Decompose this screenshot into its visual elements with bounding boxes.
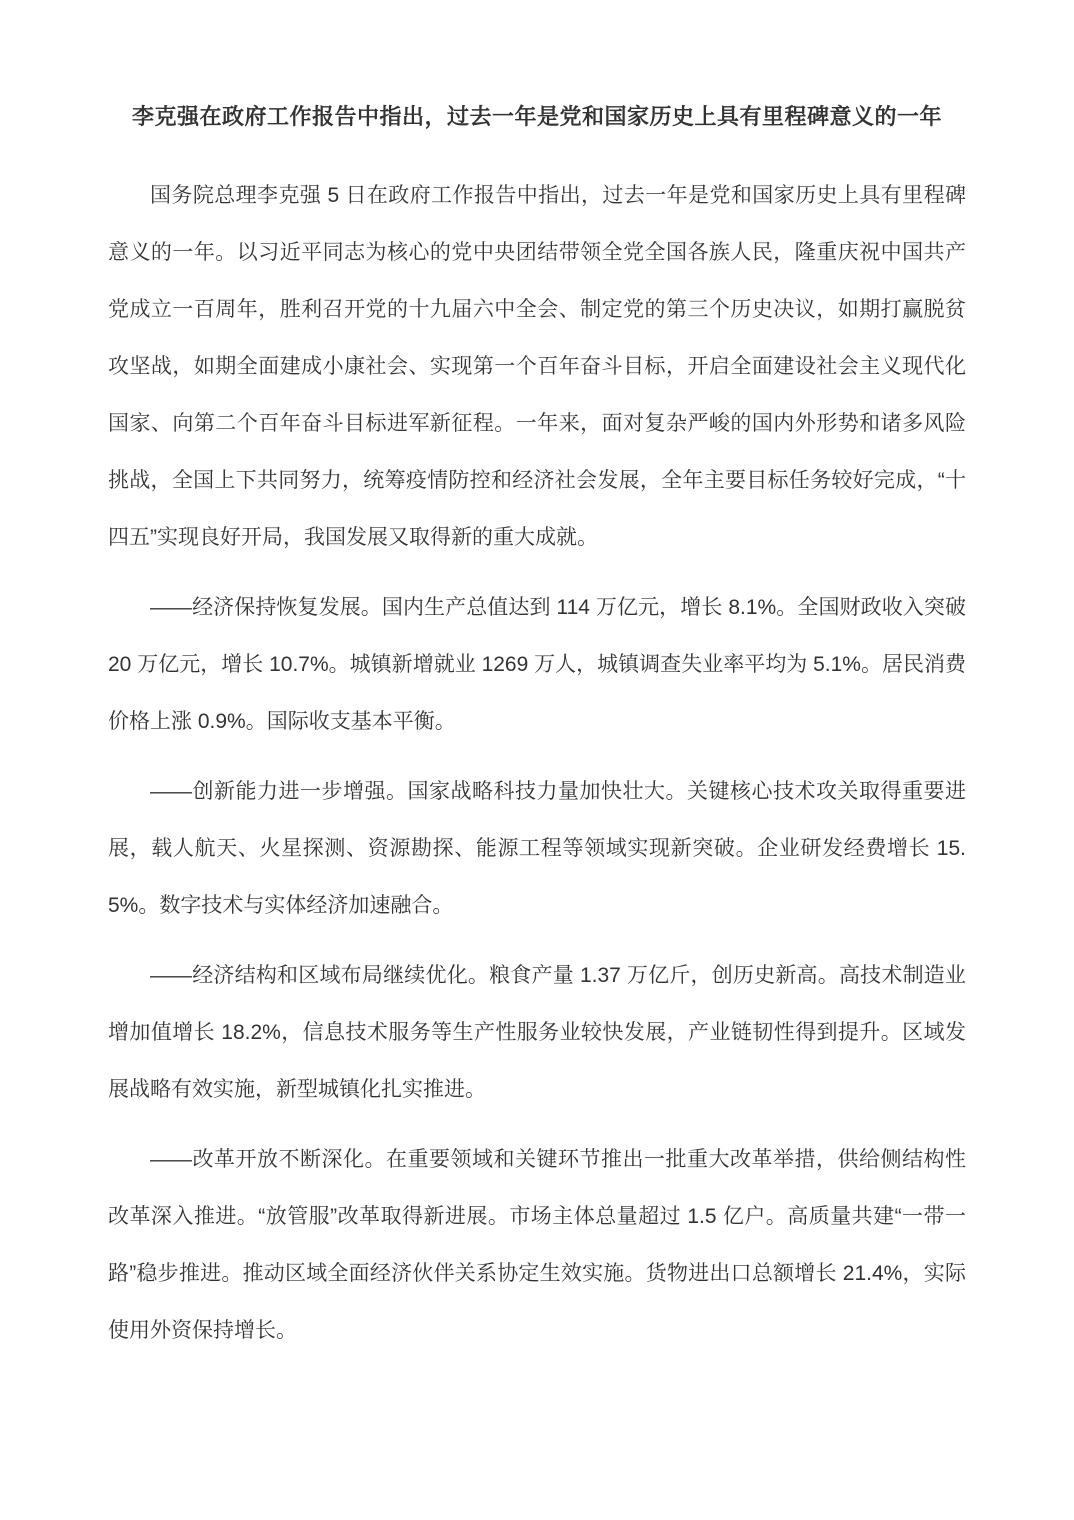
paragraph-economic-structure: ——经济结构和区域布局继续优化。粮食产量 1.37 万亿斤，创历史新高。高技术制… — [108, 947, 966, 1118]
document-title: 李克强在政府工作报告中指出，过去一年是党和国家历史上具有里程碑意义的一年 — [108, 100, 966, 133]
document-page: 李克强在政府工作报告中指出，过去一年是党和国家历史上具有里程碑意义的一年 国务院… — [0, 0, 1074, 1520]
paragraph-economy-recovery: ——经济保持恢复发展。国内生产总值达到 114 万亿元，增长 8.1%。全国财政… — [108, 579, 966, 750]
paragraph-innovation: ——创新能力进一步增强。国家战略科技力量加快壮大。关键核心技术攻关取得重要进展，… — [108, 763, 966, 934]
paragraph-intro: 国务院总理李克强 5 日在政府工作报告中指出，过去一年是党和国家历史上具有里程碑… — [108, 167, 966, 566]
paragraph-reform-opening: ——改革开放不断深化。在重要领域和关键环节推出一批重大改革举措，供给侧结构性改革… — [108, 1131, 966, 1359]
document-content: 李克强在政府工作报告中指出，过去一年是党和国家历史上具有里程碑意义的一年 国务院… — [108, 0, 966, 1359]
